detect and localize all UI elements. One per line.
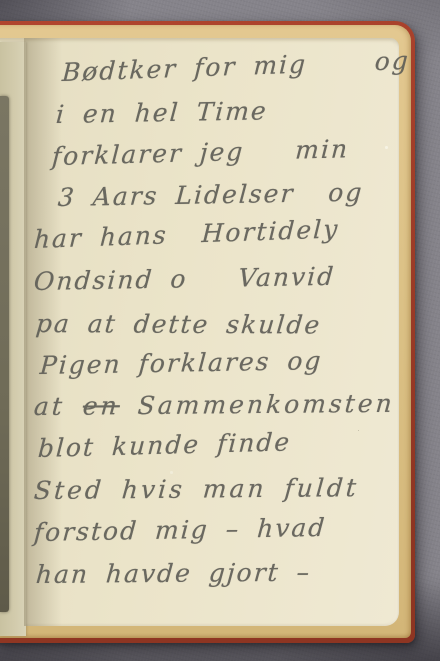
handwriting-text: Sammenkomsten [119, 389, 396, 420]
handwriting-text: i en hel Time [55, 96, 269, 129]
handwriting-text: har hans Hortidely [33, 214, 340, 254]
handwriting-text: 3 Aars Lidelser og [57, 178, 364, 212]
handwriting-block: Bødtker for mig ogi en hel Timeforklarer… [34, 52, 406, 595]
handwriting-line: han havde gjort – [34, 550, 407, 595]
handwriting-line: forstod mig – hvad [33, 505, 408, 553]
spine-dark-strip [0, 96, 9, 612]
handwriting-text: forstod mig – hvad [33, 513, 327, 547]
handwriting-text: at [33, 392, 84, 421]
handwriting-line: Ondsind o Vanvid [33, 254, 408, 302]
handwriting-text: Bødtker for mig og [61, 46, 410, 87]
handwriting-line: Sted hvis man fuldt [32, 467, 407, 512]
paper-specks [0, 0, 1, 1]
handwriting-text: pa at dette skulde [35, 309, 323, 339]
handwriting-line: forklarer jeg min [51, 126, 407, 177]
handwriting-text: Pigen forklares og [39, 346, 324, 380]
handwriting-line: Pigen forklares og [39, 338, 408, 386]
photo-backdrop: Bødtker for mig ogi en hel Timeforklarer… [0, 0, 440, 661]
handwriting-struck-word: en [82, 392, 121, 421]
handwriting-text: Sted hvis man fuldt [33, 473, 360, 505]
handwriting-text: han havde gjort – [35, 557, 312, 588]
handwriting-line: blot kunde finde [37, 418, 407, 470]
handwriting-text: Ondsind o Vanvid [33, 262, 336, 296]
handwriting-text: blot kunde finde [37, 428, 292, 464]
handwriting-text: forklarer jeg min [51, 134, 350, 171]
